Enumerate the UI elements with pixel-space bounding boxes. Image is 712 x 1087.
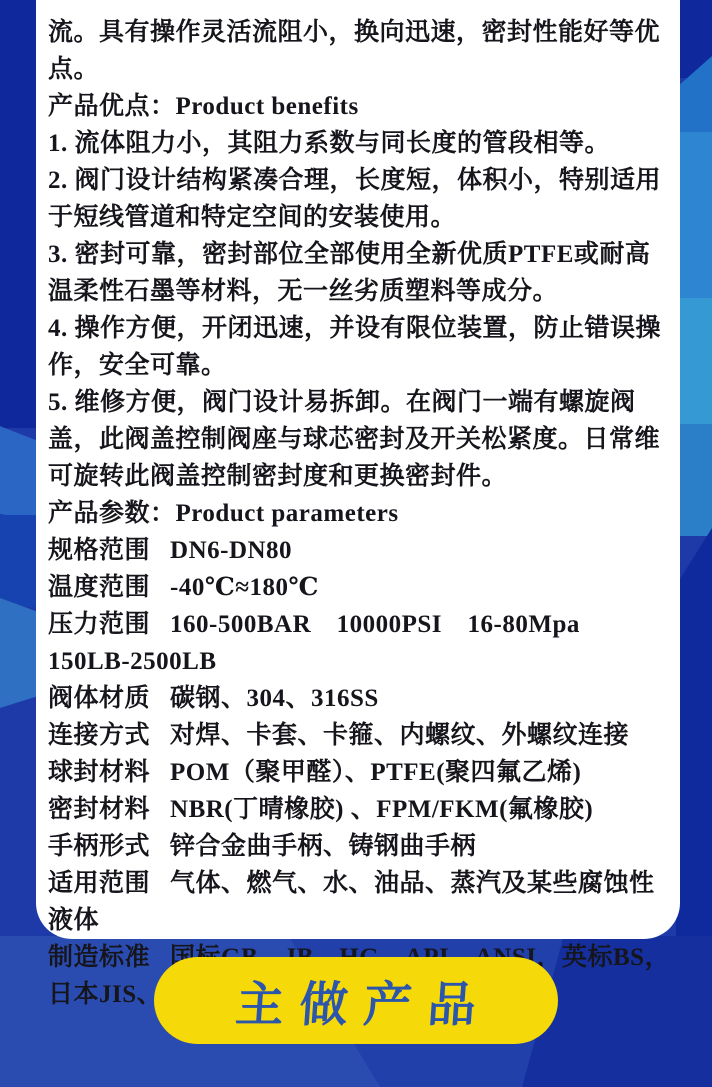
parameter-row: 阀体材质碳钢、304、316SS — [48, 680, 672, 717]
parameter-label: 规格范围 — [48, 537, 150, 564]
intro-continuation-line: 流。具有操作灵活流阻小，换向迅速，密封性能好等优点。 — [48, 14, 672, 88]
parameter-value-continued: 150LB-2500LB — [48, 643, 672, 680]
parameter-row: 温度范围-40℃≈180℃ — [48, 569, 672, 606]
parameter-label: 压力范围 — [48, 611, 150, 638]
parameter-label: 阀体材质 — [48, 685, 150, 712]
parameter-label: 制造标准 — [48, 944, 150, 971]
parameter-row: 压力范围160-500BAR 10000PSI 16-80Mpa 150LB-2… — [48, 606, 672, 680]
benefit-item: 1. 流体阻力小，其阻力系数与同长度的管段相等。 — [48, 125, 672, 162]
parameters-heading: 产品参数：Product parameters — [48, 495, 672, 532]
parameter-row: 手柄形式锌合金曲手柄、铸钢曲手柄 — [48, 828, 672, 865]
parameter-value: 碳钢、304、316SS — [170, 685, 379, 712]
parameter-value: 锌合金曲手柄、铸钢曲手柄 — [170, 833, 476, 860]
background-facet — [676, 528, 712, 938]
benefit-item: 2. 阀门设计结构紧凑合理，长度短，体积小，特别适用于短线管道和特定空间的安装使… — [48, 162, 672, 236]
parameter-value: POM（聚甲醛）、PTFE(聚四氟乙烯) — [170, 759, 581, 786]
parameter-row: 连接方式对焊、卡套、卡箍、内螺纹、外螺纹连接 — [48, 717, 672, 754]
background-facet — [676, 132, 712, 304]
parameter-label: 密封材料 — [48, 796, 150, 823]
parameter-label: 适用范围 — [48, 870, 150, 897]
background-facet — [676, 298, 712, 430]
parameter-label: 连接方式 — [48, 722, 150, 749]
parameter-row: 适用范围气体、燃气、水、油品、蒸汽及某些腐蚀性液体 — [48, 865, 672, 939]
parameter-value: 对焊、卡套、卡箍、内螺纹、外螺纹连接 — [170, 722, 629, 749]
product-description-text: 流。具有操作灵活流阻小，换向迅速，密封性能好等优点。 产品优点：Product … — [48, 14, 672, 1013]
benefit-item: 5. 维修方便，阀门设计易拆卸。在阀门一端有螺旋阀盖，此阀盖控制阀座与球芯密封及… — [48, 384, 672, 495]
parameter-row: 密封材料NBR(丁晴橡胶) 、FPM/FKM(氟橡胶) — [48, 791, 672, 828]
product-detail-page: 流。具有操作灵活流阻小，换向迅速，密封性能好等优点。 产品优点：Product … — [0, 0, 712, 1087]
parameter-value: NBR(丁晴橡胶) 、FPM/FKM(氟橡胶) — [170, 796, 593, 823]
parameter-value: 160-500BAR 10000PSI 16-80Mpa — [170, 611, 580, 638]
parameter-value: DN6-DN80 — [170, 537, 292, 564]
benefits-heading: 产品优点：Product benefits — [48, 88, 672, 125]
parameter-label: 球封材料 — [48, 759, 150, 786]
main-products-button[interactable]: 主做产品 — [154, 957, 558, 1044]
benefit-item: 3. 密封可靠，密封部位全部使用全新优质PTFE或耐高温柔性石墨等材料，无一丝劣… — [48, 236, 672, 310]
product-description-card: 流。具有操作灵活流阻小，换向迅速，密封性能好等优点。 产品优点：Product … — [36, 0, 680, 939]
background-facet — [676, 424, 712, 536]
benefit-item: 4. 操作方便，开闭迅速，并设有限位装置，防止错误操作，安全可靠。 — [48, 310, 672, 384]
parameter-row: 规格范围DN6-DN80 — [48, 532, 672, 569]
parameter-value: -40℃≈180℃ — [170, 574, 319, 601]
parameter-row: 球封材料POM（聚甲醛）、PTFE(聚四氟乙烯) — [48, 754, 672, 791]
main-products-button-label: 主做产品 — [218, 966, 495, 1035]
parameter-label: 手柄形式 — [48, 833, 150, 860]
parameter-label: 温度范围 — [48, 574, 150, 601]
